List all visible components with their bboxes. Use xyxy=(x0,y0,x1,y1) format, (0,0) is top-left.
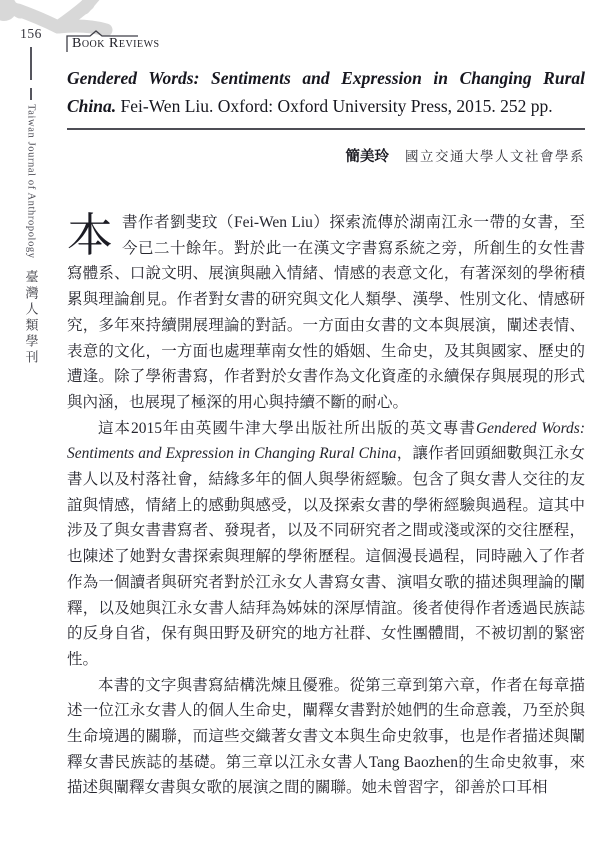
reviewer-name: 簡美玲 xyxy=(346,149,390,165)
reviewer-affiliation: 國立交通大學人文社會學系 xyxy=(405,149,585,164)
paragraph-2-lead: 這本2015年由英國牛津大學出版社所出版的英文專書 xyxy=(98,420,476,437)
reviewed-book-title: Gendered Words: Sentiments and Expressio… xyxy=(67,65,585,120)
book-citation-text: Fei-Wen Liu. Oxford: Oxford University P… xyxy=(116,96,553,116)
margin-rule-bottom xyxy=(30,88,32,100)
paragraph-1-text: 書作者劉斐玟（Fei-Wen Liu）探索流傳於湖南江永一帶的女書，至今已二十餘… xyxy=(67,214,585,411)
main-column: Book Reviews Gendered Words: Sentiments … xyxy=(67,30,585,801)
journal-title-english: Taiwan Journal of Anthropology xyxy=(26,104,37,259)
review-body: 本書作者劉斐玟（Fei-Wen Liu）探索流傳於湖南江永一帶的女書，至今已二十… xyxy=(67,210,585,801)
paragraph-3-person-name: Tang Baozhen xyxy=(369,754,458,771)
paragraph-2: 這本2015年由英國牛津大學出版社所出版的英文專書Gendered Words:… xyxy=(67,416,585,673)
section-header: Book Reviews xyxy=(67,30,585,54)
page-number: 156 xyxy=(20,26,42,42)
paragraph-3: 本書的文字與書寫結構洗煉且優雅。從第三章到第六章，作者在每章描述一位江永女書人的… xyxy=(67,673,585,802)
margin-sidebar: 156 Taiwan Journal of Anthropology 臺灣人類學… xyxy=(16,26,46,366)
journal-title-chinese: 臺灣人類學刊 xyxy=(22,270,41,366)
reviewer-byline: 簡美玲 國立交通大學人文社會學系 xyxy=(67,145,585,166)
drop-cap: 本 xyxy=(67,213,113,259)
paragraph-1: 本書作者劉斐玟（Fei-Wen Liu）探索流傳於湖南江永一帶的女書，至今已二十… xyxy=(67,210,585,416)
title-divider-rule xyxy=(67,128,585,130)
section-label: Book Reviews xyxy=(72,36,160,52)
paragraph-2-rest: ，讓作者回頭細數與江永女書人以及村落社會，結緣多年的個人與學術經驗。包含了與女書… xyxy=(67,445,585,668)
margin-rule-top xyxy=(30,47,32,80)
